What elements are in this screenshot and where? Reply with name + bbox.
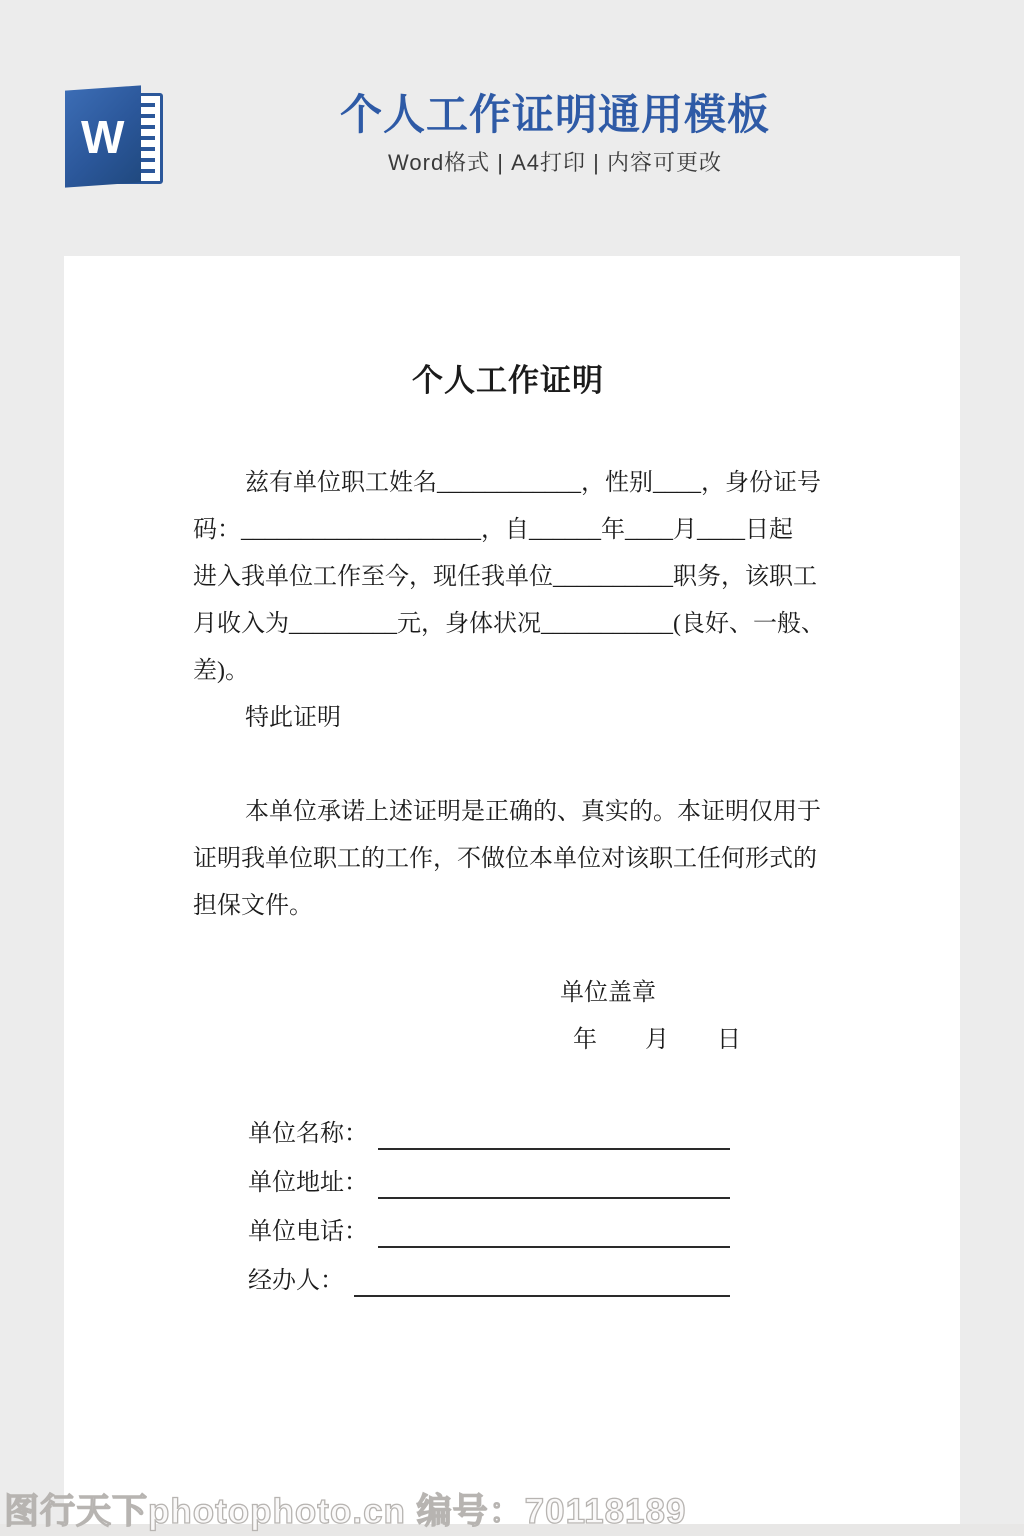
body-line: 月收入为_________元，身体状况___________(良好、一般、 <box>193 601 823 648</box>
body-line: 本单位承诺上述证明是正确的、真实的。本证明仅用于 <box>193 789 823 836</box>
document-page: 个人工作证明 兹有单位职工姓名____________，性别____，身份证号 … <box>64 256 960 1524</box>
contact-form-block: 单位名称： 单位地址： 单位电话： 经办人： <box>248 1110 730 1306</box>
closing-line: 特此证明 <box>193 695 823 742</box>
stamp-title: 单位盖章 <box>560 970 823 1017</box>
form-row: 单位名称： <box>248 1110 730 1159</box>
body-line: 兹有单位职工姓名____________，性别____，身份证号 <box>193 460 823 507</box>
stamp-date-line: 年 月 日 <box>560 1017 823 1064</box>
form-blank-line <box>378 1110 730 1150</box>
document-title: 个人工作证明 <box>193 256 823 402</box>
header-text-block: 个人工作证明通用模板 Word格式 | A4打印 | 内容可更改 <box>0 92 1024 175</box>
form-blank-line <box>378 1159 730 1199</box>
form-label: 单位名称： <box>248 1110 368 1159</box>
body-line: 进入我单位工作至今，现任我单位__________职务，该职工 <box>193 554 823 601</box>
template-preview: { "header": { "title": "个人工作证明通用模板", "su… <box>0 0 1024 1536</box>
template-title: 个人工作证明通用模板 <box>86 92 1024 138</box>
form-row: 单位地址： <box>248 1159 730 1208</box>
body-line: 差)。 <box>193 648 823 695</box>
form-label: 经办人： <box>248 1257 344 1306</box>
stamp-block: 单位盖章 年 月 日 <box>560 970 823 1064</box>
form-label: 单位电话： <box>248 1208 368 1257</box>
form-blank-line <box>354 1257 730 1297</box>
site-watermark: 图行天下photophoto.cn 编号：70118189 <box>4 1484 686 1534</box>
form-row: 经办人： <box>248 1257 730 1306</box>
document-content: 个人工作证明 兹有单位职工姓名____________，性别____，身份证号 … <box>64 256 960 1306</box>
paragraph-disclaimer: 本单位承诺上述证明是正确的、真实的。本证明仅用于 证明我单位职工的工作，不做位本… <box>193 789 823 930</box>
form-row: 单位电话： <box>248 1208 730 1257</box>
form-label: 单位地址： <box>248 1159 368 1208</box>
body-line: 证明我单位职工的工作，不做位本单位对该职工任何形式的 <box>193 836 823 883</box>
template-subtitle: Word格式 | A4打印 | 内容可更改 <box>86 151 1024 175</box>
body-line: 码：____________________，自______年____月____… <box>193 507 823 554</box>
paragraph-body: 兹有单位职工姓名____________，性别____，身份证号 码：_____… <box>193 460 823 742</box>
form-blank-line <box>378 1208 730 1248</box>
body-line: 担保文件。 <box>193 883 823 930</box>
preview-header: W 个人工作证明通用模板 Word格式 | A4打印 | 内容可更改 <box>0 0 1024 230</box>
